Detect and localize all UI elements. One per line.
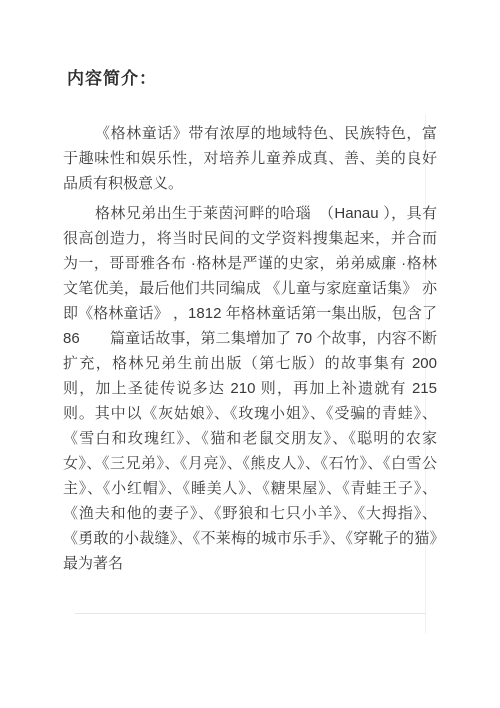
divider-line bbox=[75, 613, 426, 614]
page-title: 内容简介： bbox=[67, 64, 157, 89]
document-body: 《格林童话》带有浓厚的地域特色、民族特色，富于趣味性和娱乐性，对培养儿童养成真、… bbox=[63, 121, 437, 581]
intro-paragraph: 《格林童话》带有浓厚的地域特色、民族特色，富于趣味性和娱乐性，对培养儿童养成真、… bbox=[63, 121, 437, 196]
detail-paragraph: 格林兄弟出生于莱茵河畔的哈瑙 （Hanau ），具有很高创造力，将当时民间的文学… bbox=[63, 201, 437, 576]
document-page: 内容简介： 《格林童话》带有浓厚的地域特色、民族特色，富于趣味性和娱乐性，对培养… bbox=[0, 0, 500, 708]
